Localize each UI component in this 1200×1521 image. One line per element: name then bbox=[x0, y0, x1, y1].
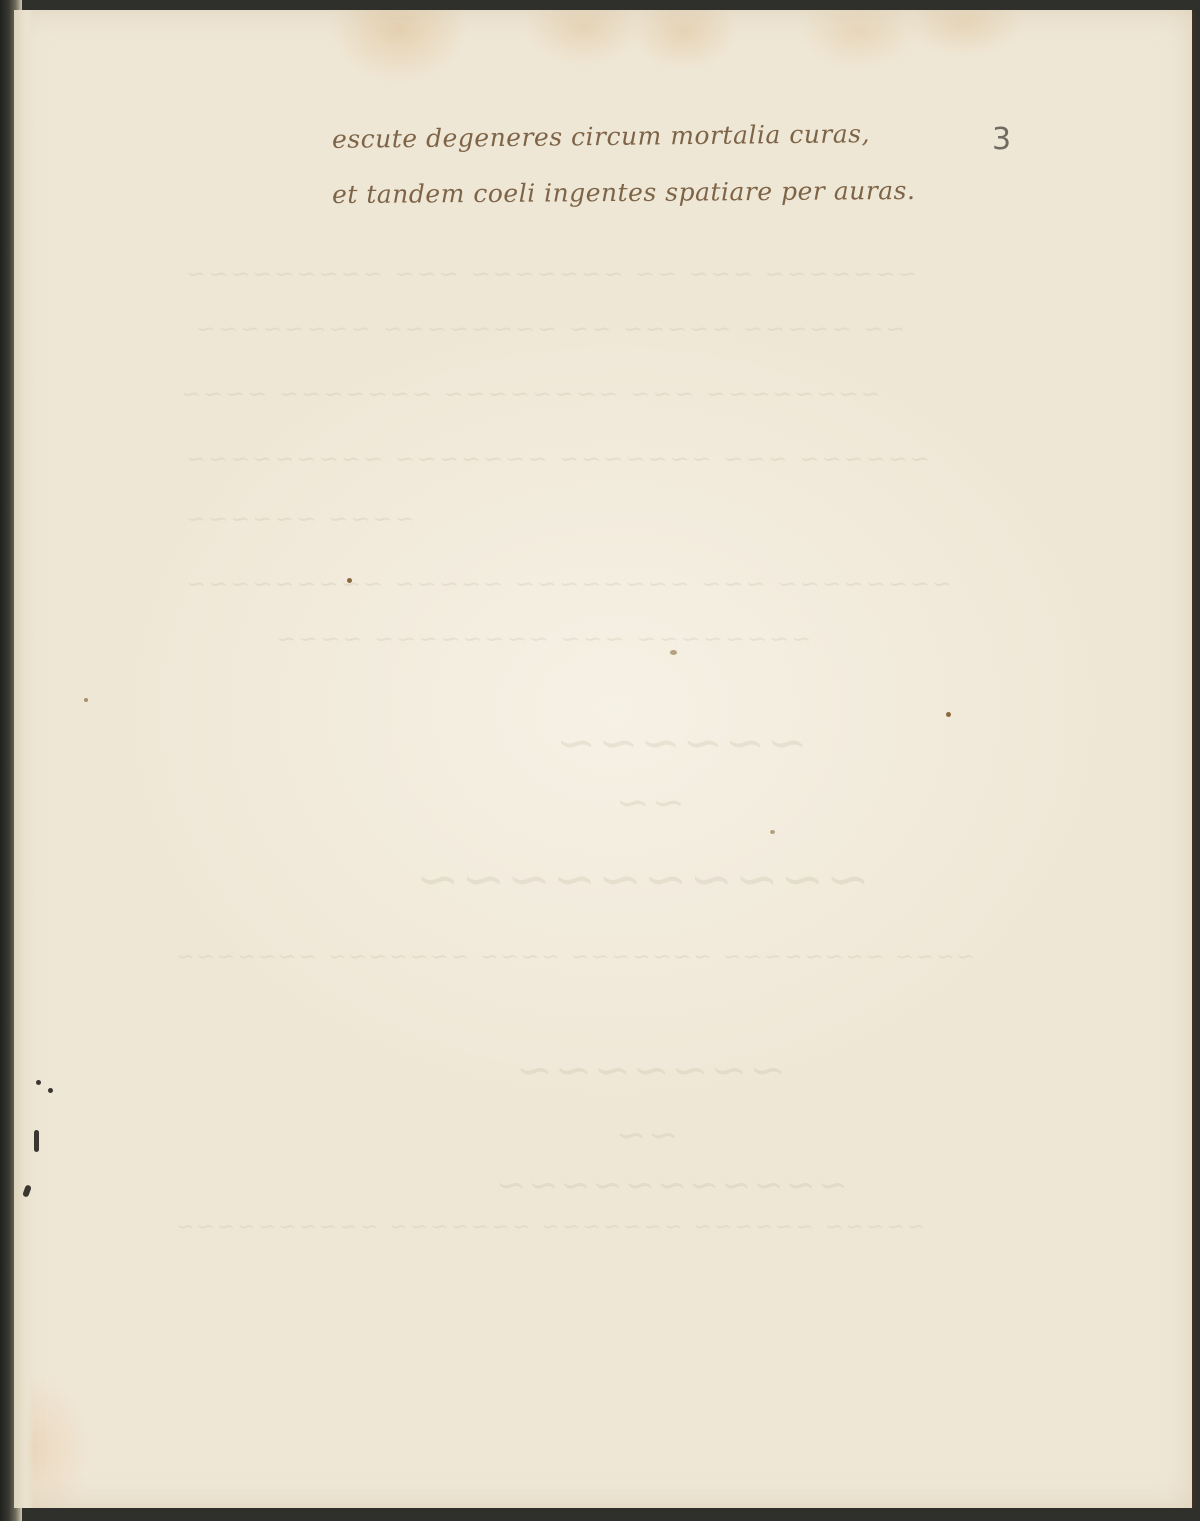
ink-mark bbox=[34, 1130, 39, 1152]
manuscript-line-2: et tandem coeli ingentes spatiare per au… bbox=[332, 176, 916, 209]
bleed-through-texture: ~~~~~~ bbox=[554, 715, 807, 771]
manuscript-line-1: escute degeneres circum mortalia curas, bbox=[332, 119, 870, 154]
bleed-through-texture: ~~~~ ~~~~~~ bbox=[184, 505, 415, 533]
ink-dot bbox=[48, 1088, 53, 1093]
bleed-through-texture: ~~~~~ ~~~~~~ ~~~~~~~ ~~~~~~~ ~~~~~~~~~~ bbox=[174, 1215, 925, 1240]
bleed-through-texture: ~~ bbox=[614, 1115, 678, 1156]
scan-background: ~~~~~~~ ~~~ ~~ ~~~~~~~ ~~~ ~~~~~~~~~ ~~ … bbox=[0, 0, 1200, 1521]
paper-speck bbox=[84, 698, 88, 702]
page-number: 3 bbox=[992, 122, 1011, 157]
ink-dot bbox=[36, 1080, 41, 1085]
bleed-through-texture: ~~~~~~~~ ~~~ ~~~~~~~~ ~~~~ bbox=[274, 625, 811, 653]
manuscript-page: ~~~~~~~ ~~~ ~~ ~~~~~~~ ~~~ ~~~~~~~~~ ~~ … bbox=[14, 10, 1195, 1508]
paper-speck bbox=[946, 712, 951, 717]
bleed-through-texture: ~~~~~~~ bbox=[514, 1045, 786, 1096]
page-torn-edge bbox=[14, 10, 34, 1508]
bleed-through-texture: ~~~~ ~~~~~~~~ ~~~~~~~ ~~~~ ~~~~~~~ ~~~~~… bbox=[174, 945, 975, 970]
bleed-through-texture: ~~~~~~ ~~~ ~~~~~~~ ~~~~~~~ ~~~~~~~~~ bbox=[184, 445, 930, 473]
bleed-through-texture: ~~~~~~~~ ~~~ ~~~~~~~~ ~~~~~ ~~~~~~~~~ bbox=[184, 570, 952, 598]
bleed-through-texture: ~~ bbox=[614, 780, 685, 826]
bleed-through-texture: ~~ ~~~~~ ~~~~~ ~~ ~~~~~~~~ ~~~~~~~~ bbox=[194, 315, 905, 343]
paper-speck bbox=[770, 830, 775, 834]
bleed-through-texture: ~~~~~~~ ~~~ ~~ ~~~~~~~ ~~~ ~~~~~~~~~ bbox=[184, 260, 918, 288]
bleed-through-texture: ~~~~~~~~~~ bbox=[414, 850, 870, 910]
paper-speck bbox=[670, 650, 677, 655]
paper-speck bbox=[347, 578, 352, 583]
bleed-through-texture: ~~~~~~~~ ~~~ ~~~~~~~~ ~~~~~~~ ~~~~ bbox=[179, 380, 881, 408]
bleed-through-texture: ~~~~~~~~~~~ bbox=[494, 1165, 848, 1206]
